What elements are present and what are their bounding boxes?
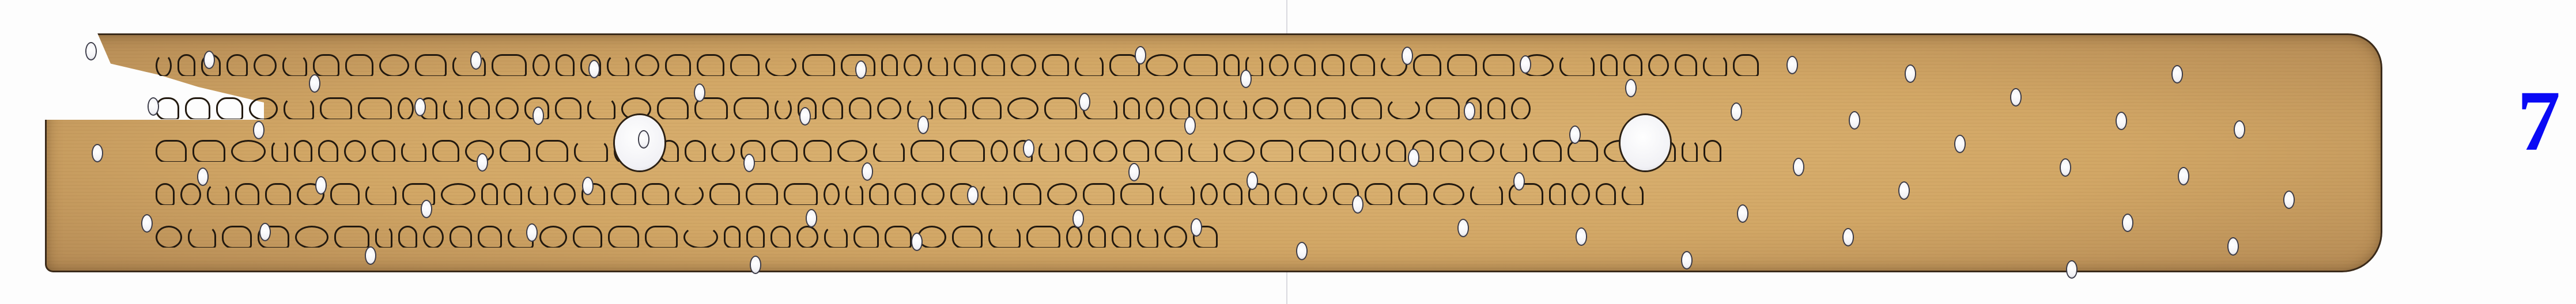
script-glyph: [1398, 183, 1427, 205]
script-glyph: [1447, 54, 1477, 76]
worm-hole: [254, 122, 263, 138]
script-glyph: [611, 183, 636, 205]
worm-hole: [1570, 127, 1580, 143]
manuscript-line-2: [156, 95, 1954, 119]
script-glyph: [1047, 183, 1077, 205]
script-glyph: [746, 183, 778, 205]
script-glyph: [1275, 183, 1297, 205]
script-glyph: [423, 226, 444, 248]
script-glyph: [1509, 183, 1543, 205]
worm-hole: [1844, 229, 1853, 245]
worm-hole: [1409, 150, 1418, 166]
script-glyph: [1223, 183, 1242, 205]
script-glyph: [683, 226, 718, 248]
script-glyph: [1007, 97, 1038, 119]
script-glyph: [284, 97, 314, 119]
script-glyph: [988, 226, 1021, 248]
worm-hole: [1297, 243, 1306, 259]
script-glyph: [192, 140, 225, 162]
script-glyph: [235, 183, 259, 205]
worm-hole: [745, 155, 754, 171]
script-glyph: [180, 183, 201, 205]
script-glyph: [536, 140, 568, 162]
worm-hole: [1955, 136, 1965, 152]
worm-hole: [1459, 220, 1468, 236]
script-glyph: [1196, 97, 1218, 119]
script-glyph: [849, 97, 871, 119]
script-glyph: [265, 183, 291, 205]
script-glyph: [1200, 183, 1218, 205]
worm-hole: [86, 43, 96, 59]
worm-hole: [2067, 261, 2076, 278]
script-glyph: [873, 140, 905, 162]
worm-hole: [856, 62, 866, 78]
script-glyph: [917, 226, 946, 248]
script-glyph: [222, 226, 252, 248]
script-glyph: [746, 226, 765, 248]
worm-hole: [1682, 252, 1691, 268]
script-glyph: [469, 97, 490, 119]
script-glyph: [885, 226, 912, 248]
script-glyph: [556, 54, 575, 76]
script-glyph: [824, 226, 848, 248]
script-glyph: [1026, 226, 1060, 248]
script-glyph: [939, 97, 966, 119]
worm-hole: [1465, 103, 1474, 119]
script-glyph: [1703, 54, 1727, 76]
script-glyph: [345, 54, 373, 76]
script-glyph: [950, 140, 985, 162]
worm-hole: [1353, 196, 1362, 212]
script-glyph: [730, 54, 760, 76]
worm-hole: [1192, 219, 1201, 235]
manuscript-line-3: [156, 138, 1954, 162]
worm-hole: [260, 224, 270, 240]
script-glyph: [496, 97, 519, 119]
script-glyph: [156, 140, 187, 162]
script-glyph: [313, 54, 339, 76]
script-glyph: [587, 97, 615, 119]
script-glyph: [334, 226, 369, 248]
script-glyph: [877, 97, 901, 119]
script-glyph: [981, 54, 1005, 76]
script-glyph: [1083, 183, 1115, 205]
manuscript-line-1: [156, 52, 1954, 76]
script-glyph: [1648, 54, 1669, 76]
script-glyph: [1137, 226, 1158, 248]
script-glyph: [318, 140, 338, 162]
script-glyph: [1351, 97, 1382, 119]
script-glyph: [822, 97, 843, 119]
script-glyph: [1223, 97, 1247, 119]
worm-hole: [142, 215, 152, 231]
script-glyph: [1622, 183, 1644, 205]
script-glyph: [1146, 97, 1164, 119]
worm-hole: [2011, 89, 2020, 105]
script-glyph: [398, 226, 417, 248]
worm-hole: [1732, 104, 1741, 120]
script-glyph: [188, 226, 216, 248]
worm-hole: [2123, 215, 2132, 231]
worm-hole: [93, 145, 102, 161]
script-glyph: [1120, 183, 1154, 205]
script-glyph: [365, 183, 396, 205]
script-glyph: [784, 183, 818, 205]
script-glyph: [803, 140, 832, 162]
worm-hole: [310, 75, 319, 92]
script-glyph: [1339, 140, 1356, 162]
script-glyph: [645, 226, 678, 248]
script-glyph: [1093, 140, 1117, 162]
worm-hole: [416, 99, 425, 115]
script-glyph: [379, 54, 409, 76]
script-glyph: [1623, 54, 1642, 76]
script-glyph: [504, 183, 522, 205]
worm-hole: [205, 52, 214, 68]
script-glyph: [1223, 54, 1240, 76]
script-glyph: [532, 54, 550, 76]
script-glyph: [481, 183, 498, 205]
worm-hole: [1241, 71, 1251, 87]
script-glyph: [478, 226, 502, 248]
worm-hole: [316, 177, 326, 193]
script-glyph: [555, 97, 581, 119]
worm-hole: [807, 210, 816, 226]
worm-hole: [478, 154, 487, 170]
script-glyph: [1386, 140, 1406, 162]
worm-hole: [471, 52, 481, 69]
script-glyph: [573, 226, 602, 248]
script-glyph: [1065, 140, 1087, 162]
script-glyph: [1426, 97, 1460, 119]
script-glyph: [207, 183, 229, 205]
script-glyph: [765, 54, 796, 76]
script-glyph: [1159, 183, 1195, 205]
script-glyph: [1123, 97, 1140, 119]
script-glyph: [796, 226, 818, 248]
script-glyph: [1088, 226, 1106, 248]
script-glyph: [607, 54, 629, 76]
worm-hole: [912, 234, 921, 250]
script-glyph: [1500, 140, 1527, 162]
script-glyph: [1596, 183, 1616, 205]
script-glyph: [675, 183, 704, 205]
script-glyph: [770, 226, 791, 248]
script-glyph: [450, 226, 472, 248]
script-glyph: [156, 183, 175, 205]
script-glyph: [500, 140, 530, 162]
script-glyph: [1487, 97, 1505, 119]
script-glyph: [1413, 54, 1441, 76]
script-glyph: [271, 140, 288, 162]
script-glyph: [1682, 140, 1698, 162]
script-glyph: [1362, 140, 1380, 162]
worm-hole: [422, 201, 431, 217]
script-glyph: [665, 54, 691, 76]
script-glyph: [320, 97, 352, 119]
script-glyph: [372, 140, 395, 162]
worm-hole: [800, 108, 810, 124]
script-glyph: [398, 97, 414, 119]
script-glyph: [775, 97, 792, 119]
worm-hole: [919, 117, 928, 133]
script-glyph: [1365, 183, 1392, 205]
script-glyph: [981, 183, 1007, 205]
script-glyph: [1469, 140, 1494, 162]
script-glyph: [894, 183, 916, 205]
worm-hole: [534, 108, 543, 124]
worm-hole: [2117, 113, 2126, 129]
script-glyph: [1109, 54, 1140, 76]
script-glyph: [330, 183, 360, 205]
script-glyph: [216, 97, 243, 119]
script-glyph: [928, 54, 948, 76]
script-glyph: [642, 183, 669, 205]
script-glyph: [156, 54, 172, 76]
script-glyph: [657, 97, 689, 119]
worm-hole: [1794, 159, 1803, 175]
script-glyph: [1483, 54, 1514, 76]
worm-hole: [1521, 56, 1530, 73]
worm-hole: [149, 98, 158, 115]
worm-hole: [1248, 173, 1257, 189]
script-glyph: [528, 183, 548, 205]
script-glyph: [1155, 140, 1183, 162]
worm-hole: [1850, 112, 1859, 128]
script-glyph: [952, 226, 983, 248]
worm-hole: [1024, 140, 1033, 157]
script-glyph: [1433, 183, 1464, 205]
script-glyph: [802, 54, 835, 76]
script-glyph: [401, 140, 426, 162]
script-glyph: [185, 97, 210, 119]
script-glyph: [608, 226, 639, 248]
script-glyph: [1038, 140, 1059, 162]
binding-hole-right: [1621, 115, 1670, 170]
script-glyph: [1572, 183, 1590, 205]
script-glyph: [156, 97, 179, 119]
script-glyph: [441, 183, 475, 205]
script-glyph: [432, 140, 459, 162]
script-glyph: [845, 183, 863, 205]
script-glyph: [869, 183, 889, 205]
script-glyph: [1567, 140, 1598, 162]
script-glyph: [1260, 140, 1293, 162]
worm-hole: [639, 131, 648, 147]
worm-hole: [583, 178, 592, 194]
script-glyph: [492, 54, 527, 76]
script-glyph: [443, 97, 463, 119]
script-glyph: [1112, 226, 1131, 248]
script-glyph: [1303, 183, 1327, 205]
folio-number: 7: [2517, 83, 2560, 158]
script-glyph: [294, 140, 312, 162]
script-glyph: [907, 97, 933, 119]
script-glyph: [1188, 140, 1218, 162]
script-glyph: [1146, 54, 1178, 76]
worm-hole: [1130, 164, 1139, 180]
script-glyph: [724, 226, 741, 248]
script-glyph: [1549, 183, 1566, 205]
script-glyph: [824, 183, 840, 205]
script-glyph: [1440, 140, 1463, 162]
script-glyph: [697, 54, 724, 76]
script-glyph: [249, 97, 278, 119]
worm-hole: [2284, 192, 2294, 208]
worm-hole: [968, 187, 977, 203]
script-glyph: [771, 140, 798, 162]
script-glyph: [1011, 54, 1036, 76]
script-glyph: [231, 140, 266, 162]
script-glyph: [1184, 54, 1218, 76]
script-glyph: [574, 140, 608, 162]
script-glyph: [1470, 183, 1503, 205]
worm-hole: [527, 225, 537, 241]
script-glyph: [1269, 54, 1289, 76]
worm-hole: [695, 85, 704, 101]
script-glyph: [375, 226, 392, 248]
script-glyph: [1164, 226, 1187, 248]
script-glyph: [853, 226, 879, 248]
script-glyph: [991, 140, 1008, 162]
script-glyph: [1284, 97, 1311, 119]
script-glyph: [1321, 54, 1344, 76]
script-glyph: [734, 97, 769, 119]
worm-hole: [1074, 211, 1083, 227]
worm-hole: [1080, 94, 1089, 110]
script-glyph: [358, 97, 392, 119]
script-glyph: [954, 54, 976, 76]
manuscript-text-block: [156, 52, 1954, 248]
script-glyph: [712, 140, 735, 162]
worm-hole: [1788, 57, 1797, 73]
script-glyph: [177, 54, 195, 76]
worm-hole: [366, 248, 375, 264]
script-glyph: [1013, 183, 1041, 205]
worm-hole: [1514, 173, 1524, 189]
script-glyph: [254, 54, 277, 76]
script-glyph: [1170, 97, 1190, 119]
worm-hole: [1403, 48, 1412, 64]
script-glyph: [1044, 97, 1077, 119]
script-glyph: [1533, 140, 1562, 162]
script-glyph: [452, 54, 486, 76]
script-glyph: [921, 183, 945, 205]
script-glyph: [685, 140, 706, 162]
worm-hole: [590, 61, 599, 77]
script-glyph: [1675, 54, 1697, 76]
worm-hole: [2235, 121, 2244, 138]
script-glyph: [1075, 54, 1104, 76]
script-glyph: [972, 97, 1002, 119]
worm-hole: [1899, 183, 1909, 199]
script-glyph: [554, 183, 576, 205]
script-glyph: [904, 54, 922, 76]
script-glyph: [1066, 226, 1082, 248]
worm-hole: [1626, 80, 1636, 96]
worm-hole: [1577, 229, 1586, 245]
script-glyph: [1600, 54, 1618, 76]
script-glyph: [1511, 97, 1531, 119]
worm-hole: [2061, 159, 2070, 176]
script-glyph: [282, 54, 307, 76]
worm-hole: [198, 169, 207, 185]
worm-hole: [751, 257, 760, 273]
worm-hole: [1136, 47, 1145, 63]
worm-hole: [2228, 238, 2238, 254]
script-glyph: [1350, 54, 1375, 76]
script-glyph: [156, 226, 182, 248]
worm-hole: [863, 164, 872, 180]
worm-hole: [1906, 66, 1915, 82]
script-glyph: [1733, 54, 1759, 76]
script-glyph: [1559, 54, 1595, 76]
worm-hole: [1185, 117, 1195, 134]
script-glyph: [837, 140, 867, 162]
script-glyph: [1294, 54, 1316, 76]
script-glyph: [1253, 97, 1278, 119]
script-glyph: [344, 140, 366, 162]
worm-hole: [2179, 168, 2188, 184]
worm-hole: [2173, 66, 2182, 82]
script-glyph: [402, 183, 435, 205]
script-glyph: [1317, 97, 1346, 119]
script-glyph: [635, 54, 659, 76]
script-glyph: [1123, 140, 1149, 162]
manuscript-line-5: [156, 223, 1954, 248]
script-glyph: [539, 226, 567, 248]
script-glyph: [1042, 54, 1069, 76]
worm-hole: [1738, 206, 1747, 222]
script-glyph: [1299, 140, 1334, 162]
script-glyph: [881, 54, 898, 76]
script-glyph: [911, 140, 944, 162]
script-glyph: [226, 54, 248, 76]
script-glyph: [1223, 140, 1255, 162]
script-glyph: [1388, 97, 1420, 119]
script-glyph: [415, 54, 447, 76]
script-glyph: [709, 183, 740, 205]
script-glyph: [295, 226, 328, 248]
script-glyph: [1704, 140, 1721, 162]
